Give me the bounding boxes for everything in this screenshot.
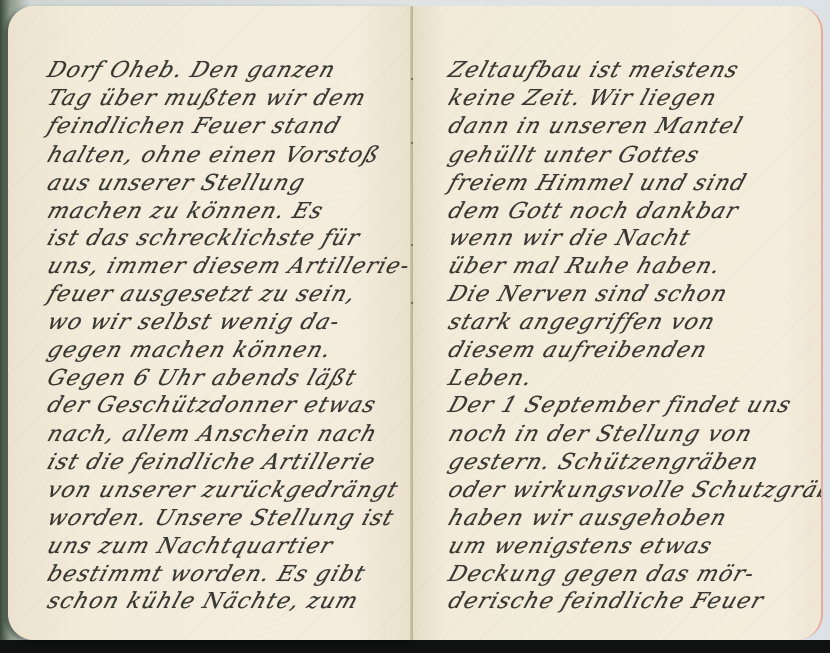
handwritten-line: um wenigstens etwas [445,534,716,559]
handwritten-line: freiem Himmel und sind [445,171,750,196]
handwritten-line: halten, ohne einen Vorstoß [44,143,383,168]
left-page: Dorf Oheb. Den ganzen Tag über mußten wi… [8,6,412,640]
handwritten-line: uns, immer diesem Artillerie- [44,254,412,279]
handwritten-line: worden. Unsere Stellung ist [44,506,398,531]
handwritten-line: Zeltaufbau ist meistens [445,58,742,83]
handwritten-line: stark angegriffen von [445,310,719,335]
handwritten-line: noch in der Stellung von [445,422,756,447]
handwritten-line: feuer ausgesetzt zu sein, [44,282,359,307]
handwritten-line: ist die feindliche Artillerie [44,450,379,475]
handwritten-line: diesem aufreibenden [445,338,711,363]
handwritten-line: machen zu können. Es [44,199,327,224]
handwritten-line: gegen machen können. [44,338,335,363]
handwritten-line: wo wir selbst wenig da- [44,310,343,335]
right-page-text: Zeltaufbau ist meistens keine Zeit. Wir … [413,6,821,640]
handwritten-line: über mal Ruhe haben. [445,254,724,279]
handwritten-line: Gegen 6 Uhr abends läßt [44,366,360,391]
handwritten-line: der Geschützdonner etwas [44,393,380,418]
handwritten-line: uns zum Nachtquartier [44,534,337,559]
handwritten-line: gehüllt unter Gottes [445,143,703,168]
left-page-text: Dorf Oheb. Den ganzen Tag über mußten wi… [8,6,412,640]
handwritten-line: Deckung gegen das mör- [445,562,758,587]
handwritten-line: derische feindliche Feuer [445,589,767,614]
handwritten-line: Dorf Oheb. Den ganzen [44,58,339,83]
handwritten-line: nach, allem Anschein nach [44,422,381,447]
handwritten-line: wenn wir die Nacht [445,226,694,251]
handwritten-line: dem Gott noch dankbar [445,199,742,224]
right-page: Zeltaufbau ist meistens keine Zeit. Wir … [413,6,823,640]
handwritten-line: schon kühle Nächte, zum [44,589,362,614]
handwritten-line: oder wirkungsvolle Schutzgräben [445,478,823,503]
handwritten-line: Tag über mußten wir dem [44,86,370,111]
open-notebook: Dorf Oheb. Den ganzen Tag über mußten wi… [8,6,824,642]
handwritten-line: ist das schrecklichste für [44,226,363,251]
handwritten-line: gestern. Schützengräben [445,450,762,475]
handwritten-line: dann in unseren Mantel [445,114,746,139]
handwritten-line: bestimmt worden. Es gibt [44,562,369,587]
handwritten-line: Leben. [445,366,536,391]
handwritten-line: aus unserer Stellung [44,171,309,196]
handwritten-line: feindlichen Feuer stand [44,114,344,139]
handwritten-line: von unserer zurückgedrängt [44,478,402,503]
handwritten-line: haben wir ausgehoben [445,506,730,531]
handwritten-line: keine Zeit. Wir liegen [445,86,720,111]
handwritten-line: Die Nerven sind schon [445,282,731,307]
handwritten-line: Der 1 September findet uns [445,393,795,418]
